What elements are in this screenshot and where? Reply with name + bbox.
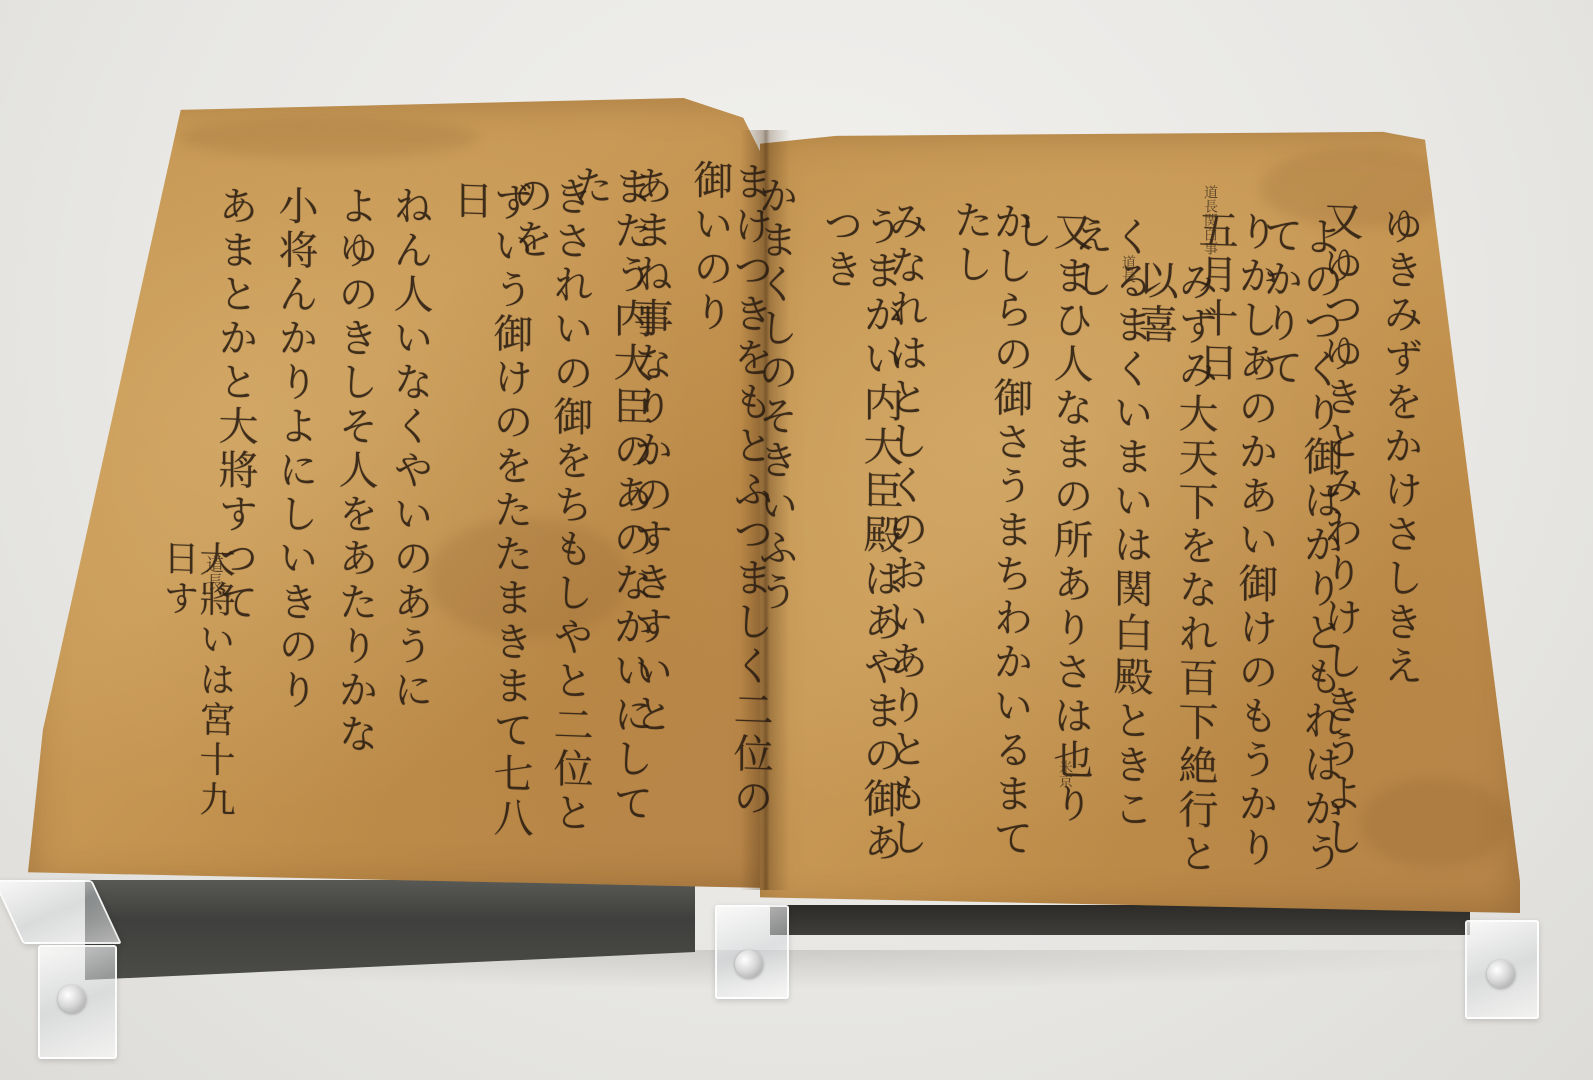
holder-pin	[58, 985, 86, 1013]
text-column: ずいう御けのをたたまきまて七八日	[450, 179, 530, 842]
text-column: ゆきみずをかけさしきえ	[1380, 204, 1420, 865]
museum-display-scene: ゆきみずをかけさしきえ 又ゆつゆきとみわりけしきうよし よのつくり御はかりともれ…	[0, 0, 1593, 1080]
text-column: よゆのきしそ人をあたりかな	[335, 184, 375, 835]
text-column: かしらの御さうまちわかいるまてたし	[950, 199, 1030, 862]
text-column: ねん人いなくやいのあうに	[390, 184, 430, 835]
holder-pin	[1487, 960, 1515, 988]
text-column: まけつきをもとふつましく二位の御いのり	[690, 159, 770, 842]
water-stain	[178, 118, 478, 158]
holder-pin	[735, 950, 763, 978]
marginal-annotation: 米京	[1055, 760, 1075, 788]
marginal-annotation: 道長	[200, 555, 226, 591]
marginal-annotation: 道長関白事	[1200, 185, 1220, 255]
marginal-annotation: 道長	[1118, 255, 1138, 283]
text-column: うまかい内大臣殿はあやまの御あつき	[820, 204, 900, 867]
text-column: 小将んかりよにしいきのり	[275, 184, 315, 835]
